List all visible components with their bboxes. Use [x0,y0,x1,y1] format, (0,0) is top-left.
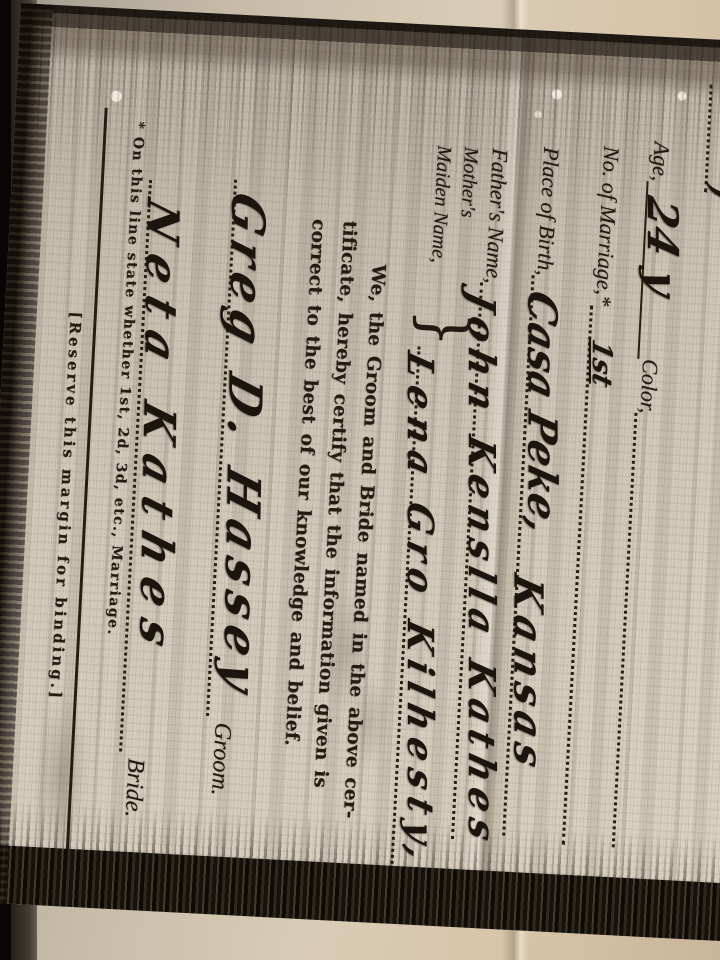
marriage-number-handwritten-value: 1st [586,336,617,390]
bride-label: Bride. [119,757,149,818]
groom-signature-row: Greg D. Hassey [206,180,262,718]
age-field-row: Age, 24 y Color, [612,141,677,848]
photo-of-document: ) Age, 24 y Color, No. of Marriage,* 1st… [0,0,720,960]
marriage-number-answer-line: 1st [562,305,621,846]
mother-name-handwritten-value: Lena Gro Kilhesty, [399,348,441,874]
groom-label: Groom. [205,722,236,796]
color-label: Color, [634,359,663,415]
birthplace-field-row: Place of Birth, Casa Peke, Kansas [502,146,566,837]
birthplace-state-handwritten-value: Kansas [505,570,552,778]
groom-signature-handwriting: Greg D. Hassey [213,186,276,707]
age-handwritten-value: 24 y [638,192,687,302]
age-label: Age, [647,141,675,182]
marriage-number-label: No. of Marriage,* [590,146,624,307]
birthplace-handwritten-value: Casa Peke, [518,286,565,539]
cutoff-field-line: ) [704,84,720,193]
color-answer-line [612,413,666,849]
father-name-answer-line: John Kenslla Kathes [451,283,511,840]
photocopied-certificate-page: ) Age, 24 y Color, No. of Marriage,* 1st… [0,3,720,943]
mother-name-answer-line: Lena Gro Kilhesty, [390,346,449,877]
cutoff-dotted-line [704,84,720,193]
certification-paragraph: We, the Groom and Bride named in the abo… [273,218,396,802]
father-name-handwritten-value: John Kenslla Kathes [460,288,504,853]
father-name-label: Father's Name, [480,148,513,285]
age-answer-line: 24 y [637,181,676,360]
mother-name-field: Mother's Maiden Name, [424,145,484,265]
birthplace-answer-line: Casa Peke, Kansas [502,275,562,837]
groom-signature-line: Greg D. Hassey [206,180,265,718]
scan-edge-left-margin [18,3,720,102]
scan-edge-right-band [0,844,720,943]
cutoff-pen-stroke: ) [702,181,720,204]
birthplace-label: Place of Birth, [532,146,565,276]
mother-field-brace: } [406,308,481,350]
mother-name-answer-row: Lena Gro Kilhesty, [390,346,446,877]
